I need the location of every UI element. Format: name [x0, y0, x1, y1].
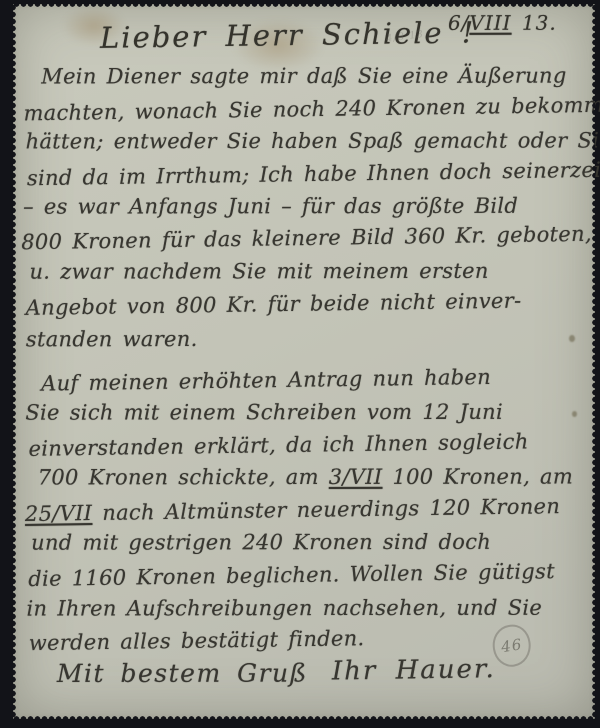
date-day: 6/	[448, 11, 470, 35]
date: 6/VIII 13.	[448, 11, 557, 35]
letter-line: werden alles bestätigt finden.	[29, 626, 365, 655]
letter-line: sind da im Irrthum; Ich habe Ihnen doch …	[27, 158, 600, 191]
letter-line: einverstanden erklärt, da ich Ihnen sogl…	[28, 429, 528, 460]
letter-line: Sie sich mit einem Schreiben vom 12 Juni	[25, 400, 503, 425]
letter-line: hätten; entweder Sie haben Spaß gemacht …	[26, 128, 600, 153]
letter-line-text: und mit gestrigen 240 Kronen sind doch	[31, 530, 491, 555]
perforation-edge-left	[13, 4, 19, 719]
perforation-edge-top	[13, 4, 595, 10]
signature: Ihr Hauer.	[332, 654, 496, 686]
date-month: VIII	[469, 11, 511, 35]
closing-greeting: Mit bestem Gruß	[57, 659, 308, 688]
letter-line-text: einverstanden erklärt, da ich Ihnen sogl…	[28, 429, 528, 460]
underlined-date: 3/VII	[329, 465, 383, 489]
letter-line: standen waren.	[26, 327, 198, 351]
letter-line-text: in Ihren Aufschreibungen nachsehen, und …	[26, 596, 542, 621]
letter-line-text: Angebot von 800 Kr. für beide nicht einv…	[25, 289, 521, 320]
letter-line-text: machten, wonach Sie noch 240 Kronen zu b…	[23, 92, 600, 125]
letter-line: – es war Anfangs Juni – für das größte B…	[23, 194, 518, 219]
letter-paper: Lieber Herr Schiele ! 6/VIII 13. 4/8 13 …	[13, 4, 595, 719]
scanned-letter-card: Lieber Herr Schiele ! 6/VIII 13. 4/8 13 …	[0, 0, 600, 728]
letter-line-text: Sie sich mit einem Schreiben vom 12 Juni	[25, 400, 503, 425]
letter-line: die 1160 Kronen beglichen. Wollen Sie gü…	[28, 559, 555, 591]
letter-line-text: u. zwar nachdem Sie mit meinem ersten	[29, 259, 488, 284]
archive-number-text: 46	[500, 635, 523, 656]
letter-line-text: 700 Kronen schickte, am	[38, 465, 329, 490]
letter-line-text: nach Altmünster neuerdings 120 Kronen	[92, 494, 560, 525]
handwriting-layer: Lieber Herr Schiele ! 6/VIII 13. 4/8 13 …	[11, 2, 597, 721]
letter-line: und mit gestrigen 240 Kronen sind doch	[31, 530, 491, 555]
letter-line: Angebot von 800 Kr. für beide nicht einv…	[25, 289, 521, 320]
pencil-archive-number: 46	[490, 622, 534, 669]
letter-line: Auf meinen erhöhten Antrag nun haben	[41, 365, 491, 396]
letter-line-text: werden alles bestätigt finden.	[29, 626, 365, 655]
letter-line-text: 800 Kronen für das kleinere Bild 360 Kr.…	[21, 222, 592, 254]
letter-line-text: standen waren.	[26, 327, 198, 351]
letter-line: 700 Kronen schickte, am 3/VII 100 Kronen…	[38, 465, 573, 490]
date-year: 13.	[512, 11, 557, 35]
letter-line: machten, wonach Sie noch 240 Kronen zu b…	[23, 92, 600, 125]
letter-line-text: hätten; entweder Sie haben Spaß gemacht …	[26, 128, 600, 153]
letter-line: Mein Diener sagte mir daß Sie eine Äußer…	[41, 64, 566, 89]
letter-line-text: 100 Kronen, am	[382, 465, 573, 489]
letter-line-text: – es war Anfangs Juni – für das größte B…	[23, 194, 518, 219]
letter-line: in Ihren Aufschreibungen nachsehen, und …	[26, 596, 542, 621]
signature-text: Ihr Hauer.	[332, 654, 496, 686]
letter-line-text: Auf meinen erhöhten Antrag nun haben	[41, 365, 491, 396]
closing-greeting-text: Mit bestem Gruß	[57, 659, 308, 688]
letter-line-text: Mein Diener sagte mir daß Sie eine Äußer…	[41, 64, 566, 89]
letter-line: u. zwar nachdem Sie mit meinem ersten	[29, 259, 488, 284]
letter-line-text: die 1160 Kronen beglichen. Wollen Sie gü…	[28, 559, 555, 591]
perforation-edge-bottom	[13, 713, 595, 719]
letter-line: 25/VII nach Altmünster neuerdings 120 Kr…	[25, 494, 561, 526]
underlined-date: 25/VII	[25, 501, 93, 526]
letter-line-text: sind da im Irrthum; Ich habe Ihnen doch …	[27, 158, 600, 191]
perforation-edge-right	[589, 4, 595, 719]
letter-line: 800 Kronen für das kleinere Bild 360 Kr.…	[21, 222, 592, 254]
